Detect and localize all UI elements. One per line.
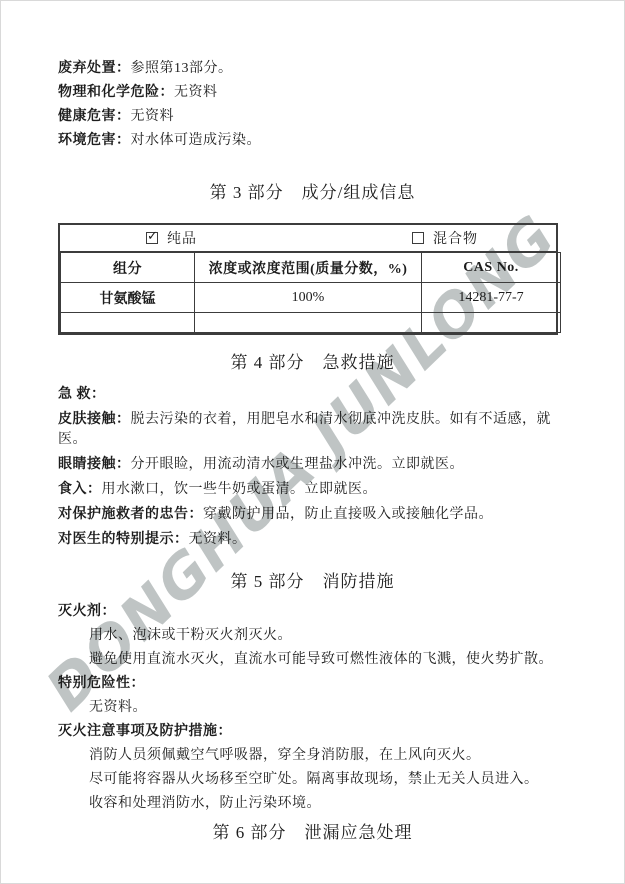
- cell-component: 甘氨酸锰: [61, 283, 195, 313]
- disposal-text: 参照第13部分。: [131, 61, 233, 76]
- rescuer-advice-label: 对保护施救者的忠告：: [58, 507, 203, 522]
- firefighter-equipment-line: 消防人员须佩戴空气呼吸器，穿全身消防服，在上风向灭火。: [58, 746, 567, 766]
- section3-title: 第 3 部分 成分/组成信息: [58, 181, 567, 205]
- avoid-water-jet-line: 避免使用直流水灭火，直流水可能导致可燃性液体的飞溅，使火势扩散。: [58, 650, 567, 670]
- doctor-note-label: 对医生的特别提示：: [58, 532, 189, 547]
- phys-chem-hazard-line: 物理和化学危险：无资料: [58, 83, 567, 103]
- cell-empty: [422, 313, 561, 333]
- composition-grid: 组分 浓度或浓度范围(质量分数，%) CAS No. 甘氨酸锰 100% 142…: [60, 252, 561, 333]
- msds-document-page: DONGHUA JUNLONG 废弃处置：参照第13部分。 物理和化学危险：无资…: [0, 0, 625, 884]
- cell-cas-no: 14281-77-7: [422, 283, 561, 313]
- move-containers-line: 尽可能将容器从火场移至空旷处。隔离事故现场，禁止无关人员进入。: [58, 770, 567, 790]
- doctor-note-text: 无资料。: [189, 532, 247, 547]
- first-aid-heading: 急 救：: [58, 385, 567, 405]
- section6-title: 第 6 部分 泄漏应急处理: [58, 821, 567, 845]
- eye-contact-label: 眼睛接触：: [58, 457, 131, 472]
- ingestion-line: 食入：用水漱口，饮一些牛奶或蛋清。立即就医。: [58, 480, 567, 500]
- unchecked-checkbox-icon: [412, 232, 424, 244]
- extinguishing-agent-heading: 灭火剂：: [58, 602, 567, 622]
- cell-concentration: 100%: [195, 283, 422, 313]
- eye-contact-text: 分开眼睑，用流动清水或生理盐水冲洗。立即就医。: [131, 457, 465, 472]
- env-hazard-label: 环境危害：: [58, 133, 131, 148]
- header-cas-no: CAS No.: [422, 253, 561, 283]
- special-hazard-text: 无资料。: [58, 698, 567, 718]
- table-row: 甘氨酸锰 100% 14281-77-7: [61, 283, 561, 313]
- header-component: 组分: [61, 253, 195, 283]
- env-hazard-line: 环境危害：对水体可造成污染。: [58, 131, 567, 151]
- table-row-empty: [61, 313, 561, 333]
- rescuer-advice-line: 对保护施救者的忠告：穿戴防护用品，防止直接吸入或接触化学品。: [58, 505, 567, 525]
- skin-contact-label: 皮肤接触：: [58, 412, 131, 427]
- skin-contact-text: 脱去污染的衣着，用肥皂水和清水彻底冲洗皮肤。如有不适感，就医。: [58, 412, 551, 447]
- table-header-row: 组分 浓度或浓度范围(质量分数，%) CAS No.: [61, 253, 561, 283]
- document-content: 废弃处置：参照第13部分。 物理和化学危险：无资料 健康危害：无资料 环境危害：…: [1, 1, 624, 883]
- mixture-label: 混合物: [433, 228, 478, 248]
- cell-empty: [195, 313, 422, 333]
- phys-chem-hazard-text: 无资料: [174, 85, 218, 100]
- ingestion-label: 食入：: [58, 482, 102, 497]
- ingestion-text: 用水漱口，饮一些牛奶或蛋清。立即就医。: [102, 482, 378, 497]
- pure-product-option: 纯品: [146, 225, 197, 251]
- section5-title: 第 5 部分 消防措施: [58, 570, 567, 594]
- health-hazard-text: 无资料: [131, 109, 175, 124]
- env-hazard-text: 对水体可造成污染。: [131, 133, 262, 148]
- health-hazard-line: 健康危害：无资料: [58, 107, 567, 127]
- disposal-line: 废弃处置：参照第13部分。: [58, 59, 567, 79]
- cell-empty: [61, 313, 195, 333]
- health-hazard-label: 健康危害：: [58, 109, 131, 124]
- contain-water-line: 收容和处理消防水，防止污染环境。: [58, 794, 567, 814]
- doctor-note-line: 对医生的特别提示：无资料。: [58, 530, 567, 550]
- extinguishing-method-line: 用水、泡沫或干粉灭火剂灭火。: [58, 626, 567, 646]
- phys-chem-hazard-label: 物理和化学危险：: [58, 85, 174, 100]
- firefighting-precautions-heading: 灭火注意事项及防护措施：: [58, 722, 567, 742]
- rescuer-advice-text: 穿戴防护用品，防止直接吸入或接触化学品。: [203, 507, 493, 522]
- skin-contact-line: 皮肤接触：脱去污染的衣着，用肥皂水和清水彻底冲洗皮肤。如有不适感，就医。: [58, 410, 567, 450]
- section4-title: 第 4 部分 急救措施: [58, 351, 567, 375]
- header-concentration: 浓度或浓度范围(质量分数，%): [195, 253, 422, 283]
- mixture-option: 混合物: [412, 225, 478, 251]
- composition-table: 纯品 混合物 组分 浓度或浓度范围(质量分数，%) CAS No. 甘氨酸锰 1…: [58, 223, 558, 335]
- product-type-row: 纯品 混合物: [60, 225, 556, 252]
- first-aid-label: 急 救：: [58, 387, 106, 402]
- eye-contact-line: 眼睛接触：分开眼睑，用流动清水或生理盐水冲洗。立即就医。: [58, 455, 567, 475]
- special-hazard-heading: 特别危险性：: [58, 674, 567, 694]
- pure-product-label: 纯品: [167, 228, 197, 248]
- checked-checkbox-icon: [146, 232, 158, 244]
- disposal-label: 废弃处置：: [58, 61, 131, 76]
